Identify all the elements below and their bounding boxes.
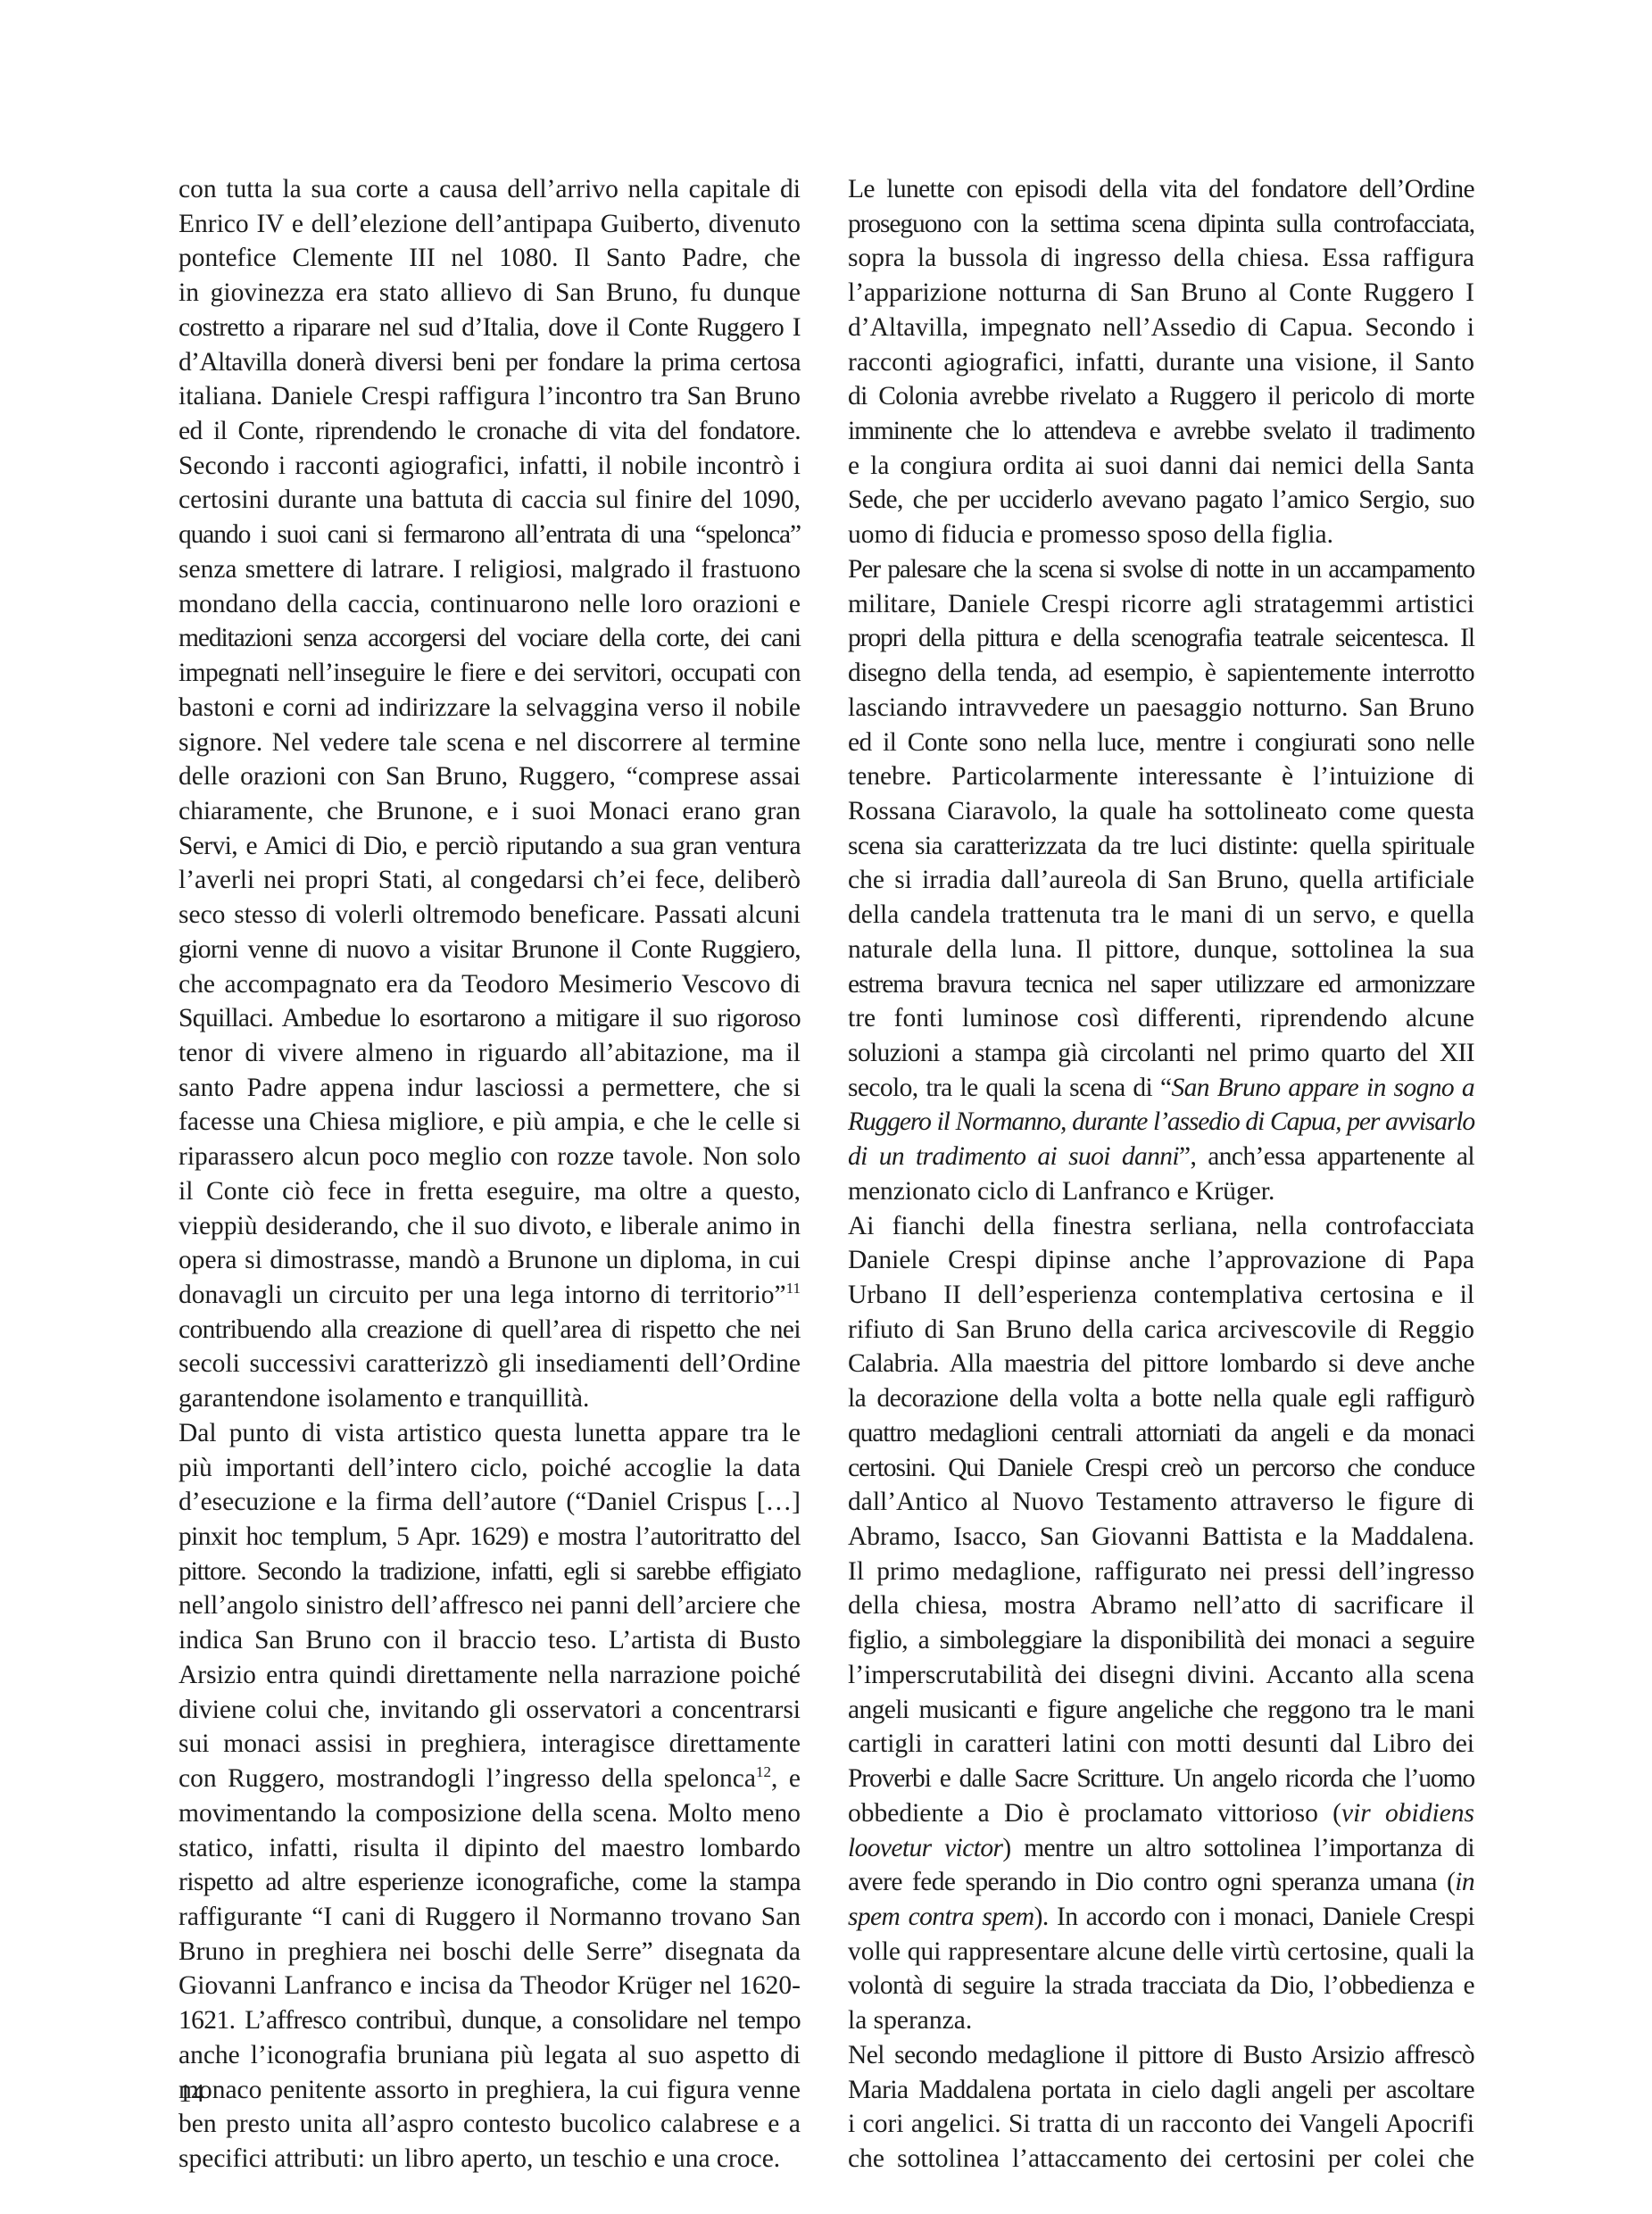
text-segment: , e <box>771 1764 801 1793</box>
text-line: Secondo i racconti agiografici, infatti,… <box>178 449 801 484</box>
text-line: della candela trattenuta tra le mani di … <box>848 898 1474 933</box>
text-line: rifiuto di San Bruno della carica arcive… <box>848 1313 1474 1347</box>
text-line: cartigli in caratteri latini con motti d… <box>848 1727 1474 1762</box>
text-line-italic-mix: di un tradimento ai suoi danni”, anch’es… <box>848 1140 1474 1174</box>
text-line: Servi, e Amici di Dio, e perciò riputand… <box>178 829 801 864</box>
text-line-italic-mix: Ruggero il Normanno, durante l’assedio d… <box>848 1105 1474 1140</box>
text-line: Urbano II dell’esperienza contemplativa … <box>848 1278 1474 1313</box>
text-line: estrema bravura tecnica nel saper utiliz… <box>848 967 1474 1002</box>
text-line: anche l’iconografia bruniana più legata … <box>178 2038 801 2073</box>
text-line: santo Padre appena indur lasciossi a per… <box>178 1071 801 1106</box>
text-line: bastoni e corni ad indirizzare la selvag… <box>178 691 801 726</box>
text-line-italic-mix: secolo, tra le quali la scena di “San Br… <box>848 1071 1474 1106</box>
text-line: senza smettere di latrare. I religiosi, … <box>178 552 801 587</box>
text-line: imminente che lo attendeva e avrebbe sve… <box>848 414 1474 449</box>
text-line: giorni venne di nuovo a visitar Brunone … <box>178 933 801 967</box>
text-line: della chiesa, mostra Abramo nell’atto di… <box>848 1588 1474 1623</box>
text-line: racconti agiografici, infatti, durante u… <box>848 345 1474 380</box>
text-line: chiaramente, che Brunone, e i suoi Monac… <box>178 794 801 829</box>
text-line-with-footnote: con Ruggero, mostrandogli l’ingresso del… <box>178 1762 801 1796</box>
text-line-italic-mix: loovetur victor) mentre un altro sottoli… <box>848 1831 1474 1866</box>
text-line: meditazioni senza accorgersi del vociare… <box>178 621 801 656</box>
text-segment: donavagli un circuito per una lega intor… <box>178 1281 786 1309</box>
text-line: impegnati nell’inseguire le fiere e dei … <box>178 656 801 691</box>
text-line: quando i suoi cani si fermarono all’entr… <box>178 518 801 552</box>
text-line: opera si dimostrasse, mandò a Brunone un… <box>178 1243 801 1278</box>
text-line: Daniele Crespi dipinse anche l’approvazi… <box>848 1243 1474 1278</box>
italic-title: Ruggero il Normanno, durante l’assedio d… <box>848 1107 1474 1136</box>
text-line: certosini. Qui Daniele Crespi creò un pe… <box>848 1451 1474 1486</box>
text-line: 1621. L’affresco contribuì, dunque, a co… <box>178 2003 801 2038</box>
text-line: in giovinezza era stato allievo di San B… <box>178 276 801 311</box>
text-line-italic-mix: spem contra spem). In accordo con i mona… <box>848 1900 1474 1935</box>
text-line: Per palesare che la scena si svolse di n… <box>848 552 1474 587</box>
text-line: tenebre. Particolarmente interessante è … <box>848 759 1474 794</box>
text-line-italic-mix: avere fede sperando in Dio contro ogni s… <box>848 1865 1474 1900</box>
text-line: Abramo, Isacco, San Giovanni Battista e … <box>848 1520 1474 1555</box>
text-line: volontà di seguire la strada tracciata d… <box>848 1969 1474 2003</box>
text-line: Bruno in preghiera nei boschi delle Serr… <box>178 1935 801 1969</box>
latin-motto: spem contra spem <box>848 1903 1034 1931</box>
text-line: la speranza. <box>848 2003 1474 2038</box>
text-line: il Conte ciò fece in fretta eseguire, ma… <box>178 1174 801 1209</box>
text-line: Squillaci. Ambedue lo esortarono a mitig… <box>178 1001 801 1036</box>
text-line: tenor di vivere almeno in riguardo all’a… <box>178 1036 801 1071</box>
text-line: i cori angelici. Si tratta di un raccont… <box>848 2107 1474 2142</box>
page-number: 14 <box>178 2079 204 2109</box>
text-line: quattro medaglioni centrali attorniati d… <box>848 1416 1474 1451</box>
text-line: Il primo medaglione, raffigurato nei pre… <box>848 1555 1474 1589</box>
latin-motto: loovetur victor <box>848 1834 1002 1862</box>
text-line: signore. Nel vedere tale scena e nel dis… <box>178 726 801 760</box>
text-line: garantendone isolamento e tranquillità. <box>178 1381 801 1416</box>
text-line: pittore. Secondo la tradizione, infatti,… <box>178 1555 801 1589</box>
text-line: nell’angolo sinistro dell’affresco nei p… <box>178 1588 801 1623</box>
left-text-column: con tutta la sua corte a causa dell’arri… <box>178 172 801 2177</box>
italic-title: di un tradimento ai suoi danni <box>848 1142 1179 1171</box>
text-line-italic-mix: obbediente a Dio è proclamato vittorioso… <box>848 1796 1474 1831</box>
text-segment: secolo, tra le quali la scena di “ <box>848 1074 1171 1102</box>
text-segment: ”, anch’essa appartenente al <box>1179 1142 1474 1171</box>
text-line: Maria Maddalena portata in cielo dagli a… <box>848 2073 1474 2108</box>
text-line: Giovanni Lanfranco e incisa da Theodor K… <box>178 1969 801 2003</box>
text-segment: ). In accordo con i monaci, Daniele Cres… <box>1034 1903 1474 1931</box>
text-line: angeli musicanti e figure angeliche che … <box>848 1693 1474 1728</box>
text-line: d’Altavilla, impegnato nell’Assedio di C… <box>848 311 1474 345</box>
text-line: scena sia caratterizzata da tre luci dis… <box>848 829 1474 864</box>
text-line: disegno della tenda, ad esempio, è sapie… <box>848 656 1474 691</box>
text-segment: obbediente a Dio è proclamato vittorioso… <box>848 1799 1341 1828</box>
text-line: militare, Daniele Crespi ricorre agli st… <box>848 587 1474 622</box>
text-line: Sede, che per ucciderlo avevano pagato l… <box>848 483 1474 518</box>
text-line: rispetto ad altre esperienze iconografic… <box>178 1865 801 1900</box>
text-line: l’imperscrutabilità dei disegni divini. … <box>848 1658 1474 1693</box>
text-line: volle qui rappresentare alcune delle vir… <box>848 1935 1474 1969</box>
text-line: ed il Conte sono nella luce, mentre i co… <box>848 726 1474 760</box>
text-line: di Colonia avrebbe rivelato a Ruggero il… <box>848 379 1474 414</box>
text-line: figlio, a simboleggiare la disponibilità… <box>848 1623 1474 1658</box>
text-line: raffigurante “I cani di Ruggero il Norma… <box>178 1900 801 1935</box>
text-line: ed il Conte, riprendendo le cronache di … <box>178 414 801 449</box>
text-line: propri della pittura e della scenografia… <box>848 621 1474 656</box>
footnote-ref-12[interactable]: 12 <box>756 1763 771 1780</box>
text-line: che sottolinea l’attaccamento dei certos… <box>848 2142 1474 2177</box>
text-line: dall’Antico al Nuovo Testamento attraver… <box>848 1485 1474 1520</box>
text-line: con tutta la sua corte a causa dell’arri… <box>178 172 801 207</box>
text-line: movimentando la composizione della scena… <box>178 1796 801 1831</box>
text-line: soluzioni a stampa già circolanti nel pr… <box>848 1036 1474 1071</box>
text-line: più importanti dell’intero ciclo, poiché… <box>178 1451 801 1486</box>
text-line: Calabria. Alla maestria del pittore lomb… <box>848 1347 1474 1381</box>
text-line: delle orazioni con San Bruno, Ruggero, “… <box>178 759 801 794</box>
text-line: lasciando intravvedere un paesaggio nott… <box>848 691 1474 726</box>
text-line: Proverbi e dalle Sacre Scritture. Un ang… <box>848 1762 1474 1796</box>
text-line: secoli successivi caratterizzò gli insed… <box>178 1347 801 1381</box>
text-line: la decorazione della volta a botte nella… <box>848 1381 1474 1416</box>
text-line: sopra la bussola di ingresso della chies… <box>848 241 1474 276</box>
text-line: naturale della luna. Il pittore, dunque,… <box>848 933 1474 967</box>
text-line: specifici attributi: un libro aperto, un… <box>178 2142 801 2177</box>
text-line: diviene colui che, invitando gli osserva… <box>178 1693 801 1728</box>
text-segment: avere fede sperando in Dio contro ogni s… <box>848 1868 1455 1896</box>
text-line: Dal punto di vista artistico questa lune… <box>178 1416 801 1451</box>
text-segment: con Ruggero, mostrandogli l’ingresso del… <box>178 1764 756 1793</box>
italic-title: San Bruno appare in sogno a <box>1171 1074 1474 1102</box>
text-line: Le lunette con episodi della vita del fo… <box>848 172 1474 207</box>
text-line: Nel secondo medaglione il pittore di Bus… <box>848 2038 1474 2073</box>
text-line: pontefice Clemente III nel 1080. Il Sant… <box>178 241 801 276</box>
text-line: d’esecuzione e la firma dell’autore (“Da… <box>178 1485 801 1520</box>
text-line: indica San Bruno con il braccio teso. L’… <box>178 1623 801 1658</box>
text-line-with-footnote: donavagli un circuito per una lega intor… <box>178 1278 801 1313</box>
text-line: Arsizio entra quindi direttamente nella … <box>178 1658 801 1693</box>
text-line: facesse una Chiesa migliore, e più ampia… <box>178 1105 801 1140</box>
text-segment: ) mentre un altro sottolinea l’importanz… <box>1002 1834 1474 1862</box>
text-line: costretto a riparare nel sud d’Italia, d… <box>178 311 801 345</box>
text-line: sui monaci assisi in preghiera, interagi… <box>178 1727 801 1762</box>
text-line: vieppiù desiderando, che il suo divoto, … <box>178 1209 801 1244</box>
text-line: l’averli nei propri Stati, al congedarsi… <box>178 863 801 898</box>
text-line: l’apparizione notturna di San Bruno al C… <box>848 276 1474 311</box>
text-line: Ai fianchi della finestra serliana, nell… <box>848 1209 1474 1244</box>
text-line: riparassero alcun poco meglio con rozze … <box>178 1140 801 1174</box>
text-line: che accompagnato era da Teodoro Mesimeri… <box>178 967 801 1002</box>
text-line: uomo di fiducia e promesso sposo della f… <box>848 518 1474 552</box>
text-line: statico, infatti, risulta il dipinto del… <box>178 1831 801 1866</box>
text-line: d’Altavilla donerà diversi beni per fond… <box>178 345 801 380</box>
text-line: che si irradia dall’aureola di San Bruno… <box>848 863 1474 898</box>
footnote-ref-11[interactable]: 11 <box>786 1280 801 1297</box>
text-line: tre fonti luminose così differenti, ripr… <box>848 1001 1474 1036</box>
text-line: pinxit hoc templum, 5 Apr. 1629) e mostr… <box>178 1520 801 1555</box>
text-line: monaco penitente assorto in preghiera, l… <box>178 2073 801 2108</box>
text-line: contribuendo alla creazione di quell’are… <box>178 1313 801 1347</box>
document-page: con tutta la sua corte a causa dell’arri… <box>0 0 1652 2214</box>
latin-motto: vir obidiens <box>1341 1799 1474 1828</box>
text-line: e la congiura ordita ai suoi danni dai n… <box>848 449 1474 484</box>
text-line: menzionato ciclo di Lanfranco e Krüger. <box>848 1174 1474 1209</box>
text-line: seco stesso di volerli oltremodo benefic… <box>178 898 801 933</box>
right-text-column: Le lunette con episodi della vita del fo… <box>848 172 1474 2177</box>
text-line: certosini durante una battuta di caccia … <box>178 483 801 518</box>
text-line: Rossana Ciaravolo, la quale ha sottoline… <box>848 794 1474 829</box>
text-line: ben presto unita all’aspro contesto buco… <box>178 2107 801 2142</box>
latin-motto: in <box>1455 1868 1474 1896</box>
text-line: mondano della caccia, continuarono nelle… <box>178 587 801 622</box>
text-line: proseguono con la settima scena dipinta … <box>848 207 1474 242</box>
text-line: italiana. Daniele Crespi raffigura l’inc… <box>178 379 801 414</box>
text-line: Enrico IV e dell’elezione dell’antipapa … <box>178 207 801 242</box>
